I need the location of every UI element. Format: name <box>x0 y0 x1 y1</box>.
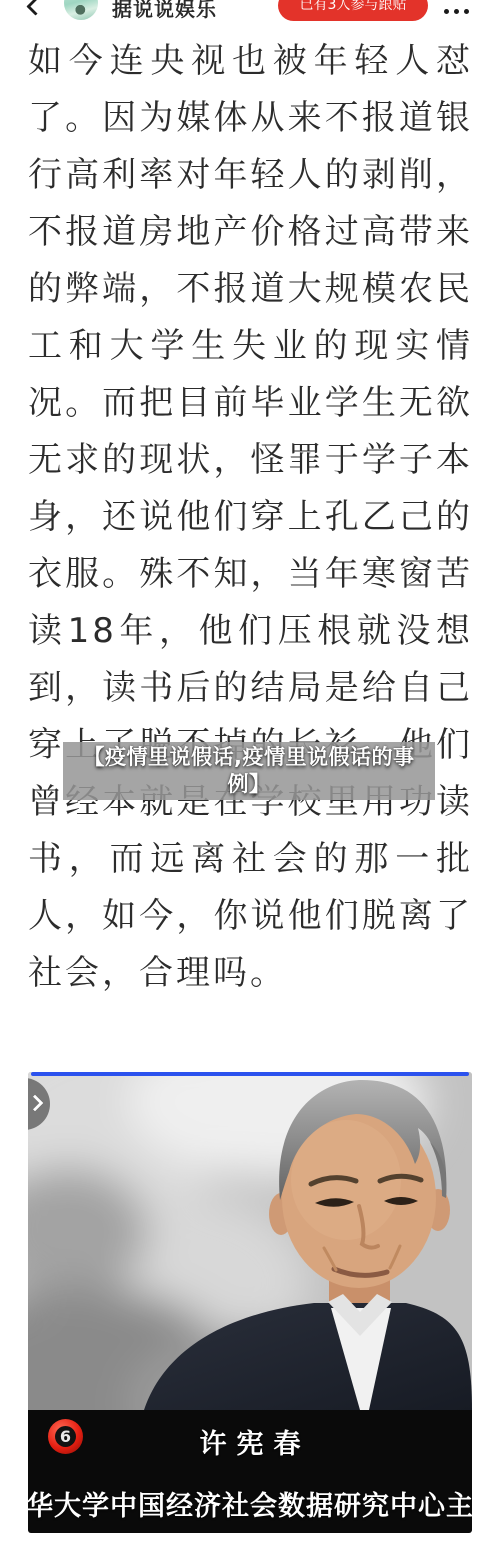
participate-button[interactable]: 已有3人参与跟贴 <box>278 0 428 21</box>
person-title: 清华大学中国经济社会数据研究中心主任 <box>28 1484 472 1523</box>
top-bar: 据说说娱乐 已有3人参与跟贴 <box>0 0 500 28</box>
account-name: 据说说娱乐 <box>112 0 217 22</box>
chevron-right-icon <box>28 1095 43 1112</box>
article-page: 据说说娱乐 已有3人参与跟贴 如今连央视也被年轻人怼了。因为媒体从来不报道银行高… <box>0 0 500 1542</box>
ellipsis-icon <box>444 9 469 14</box>
article-image[interactable]: 6 许宪春 清华大学中国经济社会数据研究中心主任 <box>28 1072 472 1533</box>
caption-band: 6 许宪春 清华大学中国经济社会数据研究中心主任 <box>28 1410 472 1533</box>
watermark-overlay: 【疫情里说假话,疫情里说假话的事例】 <box>63 742 435 800</box>
back-button[interactable] <box>22 0 48 20</box>
chevron-left-icon <box>26 0 44 16</box>
avatar[interactable] <box>64 0 98 20</box>
article-text: 如今连央视也被年轻人怼了。因为媒体从来不报道银行高利率对年轻人的剥削，不报道房地… <box>28 33 473 1002</box>
person-name: 许宪春 <box>28 1422 472 1461</box>
person-photo <box>28 1072 472 1410</box>
image-top-line <box>31 1072 469 1076</box>
more-button[interactable] <box>440 2 476 22</box>
